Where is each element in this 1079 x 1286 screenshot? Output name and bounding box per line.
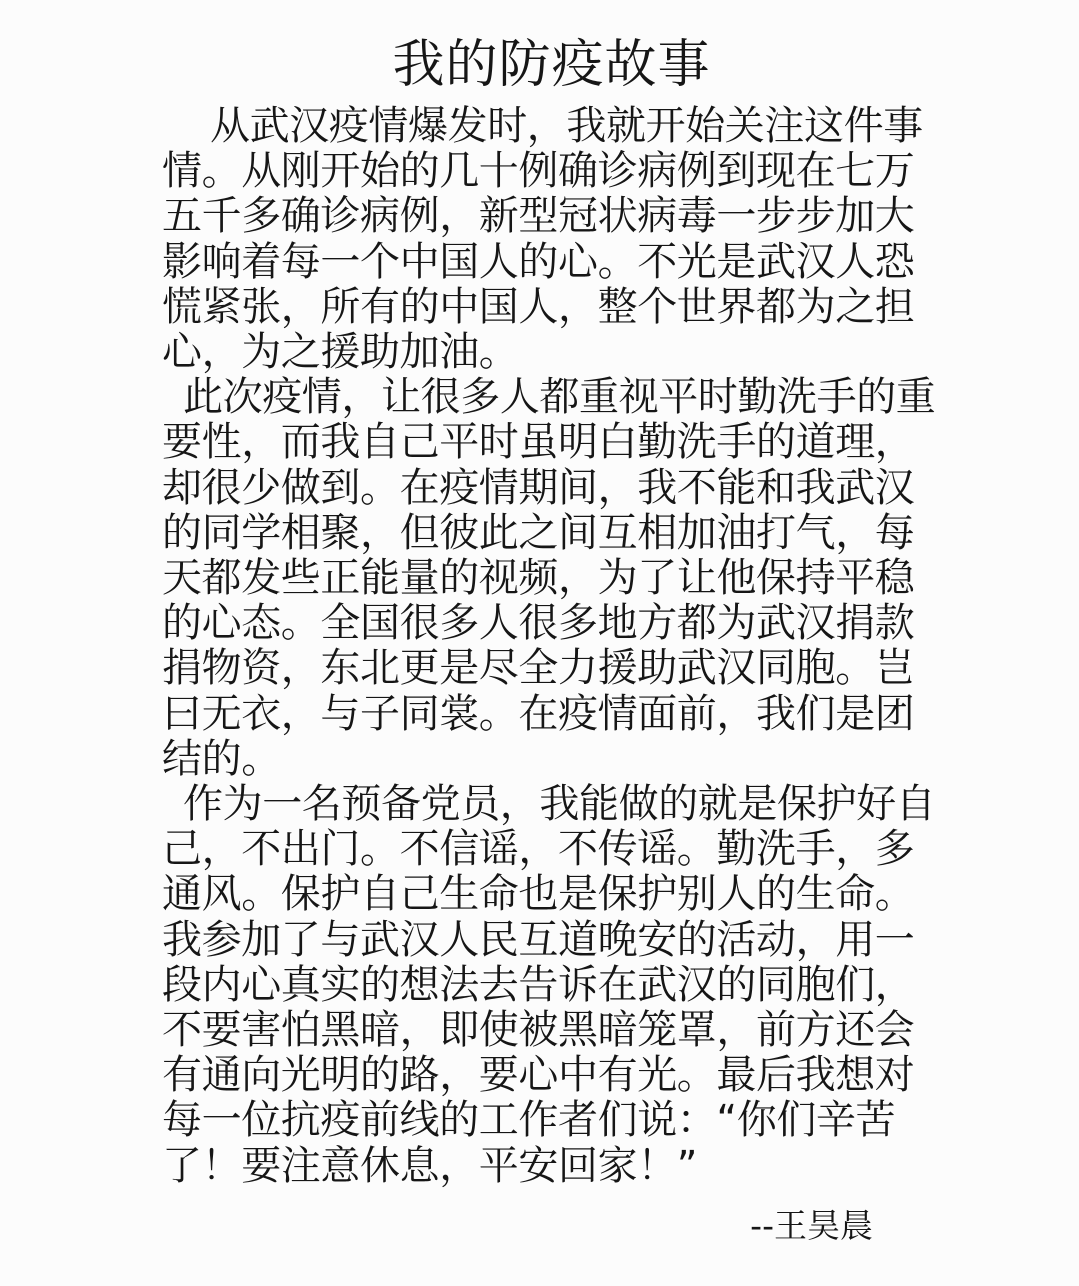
essay-line: 天都发些正能量的视频，为了让他保持平稳	[162, 556, 1039, 601]
essay-line: 此次疫情，让很多人都重视平时勤洗手的重	[162, 375, 1039, 420]
essay-title: 我的防疫故事	[0, 0, 1079, 96]
signature-row: --王昊晨	[162, 1203, 1039, 1248]
essay-line: 要性，而我自己平时虽明白勤洗手的道理，	[162, 420, 1039, 465]
essay-line: 的同学相聚，但彼此之间互相加油打气，每	[162, 511, 1039, 556]
essay-line: 捐物资，东北更是尽全力援助武汉同胞。岂	[162, 646, 1039, 691]
essay-line: 我参加了与武汉人民互道晚安的活动，用一	[162, 918, 1039, 963]
essay-line: 通风。保护自己生命也是保护别人的生命。	[162, 872, 1039, 917]
author-signature: --王昊晨	[750, 1206, 873, 1245]
document-page: 我的防疫故事 从武汉疫情爆发时，我就开始关注这件事 情。从刚开始的几十例确诊病例…	[0, 0, 1079, 1286]
essay-paragraph-2: 此次疫情，让很多人都重视平时勤洗手的重 要性，而我自己平时虽明白勤洗手的道理， …	[162, 375, 1039, 782]
essay-line: 作为一名预备党员，我能做的就是保护好自	[162, 782, 1039, 827]
essay-line: 慌紧张，所有的中国人，整个世界都为之担	[162, 285, 1039, 330]
essay-line: 己，不出门。不信谣，不传谣。勤洗手，多	[162, 827, 1039, 872]
essay-line: 从武汉疫情爆发时，我就开始关注这件事	[162, 104, 1039, 149]
essay-body: 从武汉疫情爆发时，我就开始关注这件事 情。从刚开始的几十例确诊病例到现在七万 五…	[0, 96, 1079, 1248]
essay-line: 段内心真实的想法去告诉在武汉的同胞们，	[162, 963, 1039, 1008]
essay-line: 的心态。全国很多人很多地方都为武汉捐款	[162, 601, 1039, 646]
essay-line: 影响着每一个中国人的心。不光是武汉人恐	[162, 240, 1039, 285]
essay-line: 却很少做到。在疫情期间，我不能和我武汉	[162, 466, 1039, 511]
essay-paragraph-3: 作为一名预备党员，我能做的就是保护好自 己，不出门。不信谣，不传谣。勤洗手，多 …	[162, 782, 1039, 1189]
essay-line: 每一位抗疫前线的工作者们说：“你们辛苦	[162, 1098, 1039, 1143]
essay-line: 五千多确诊病例，新型冠状病毒一步步加大	[162, 194, 1039, 239]
essay-line: 情。从刚开始的几十例确诊病例到现在七万	[162, 149, 1039, 194]
essay-line: 不要害怕黑暗，即使被黑暗笼罩，前方还会	[162, 1008, 1039, 1053]
essay-line: 有通向光明的路，要心中有光。最后我想对	[162, 1053, 1039, 1098]
essay-line: 结的。	[162, 737, 1039, 782]
essay-line: 心，为之援助加油。	[162, 330, 1039, 375]
essay-paragraph-1: 从武汉疫情爆发时，我就开始关注这件事 情。从刚开始的几十例确诊病例到现在七万 五…	[162, 104, 1039, 375]
essay-line: 曰无衣，与子同裳。在疫情面前，我们是团	[162, 692, 1039, 737]
essay-line: 了！要注意休息，平安回家！”	[162, 1144, 1039, 1189]
